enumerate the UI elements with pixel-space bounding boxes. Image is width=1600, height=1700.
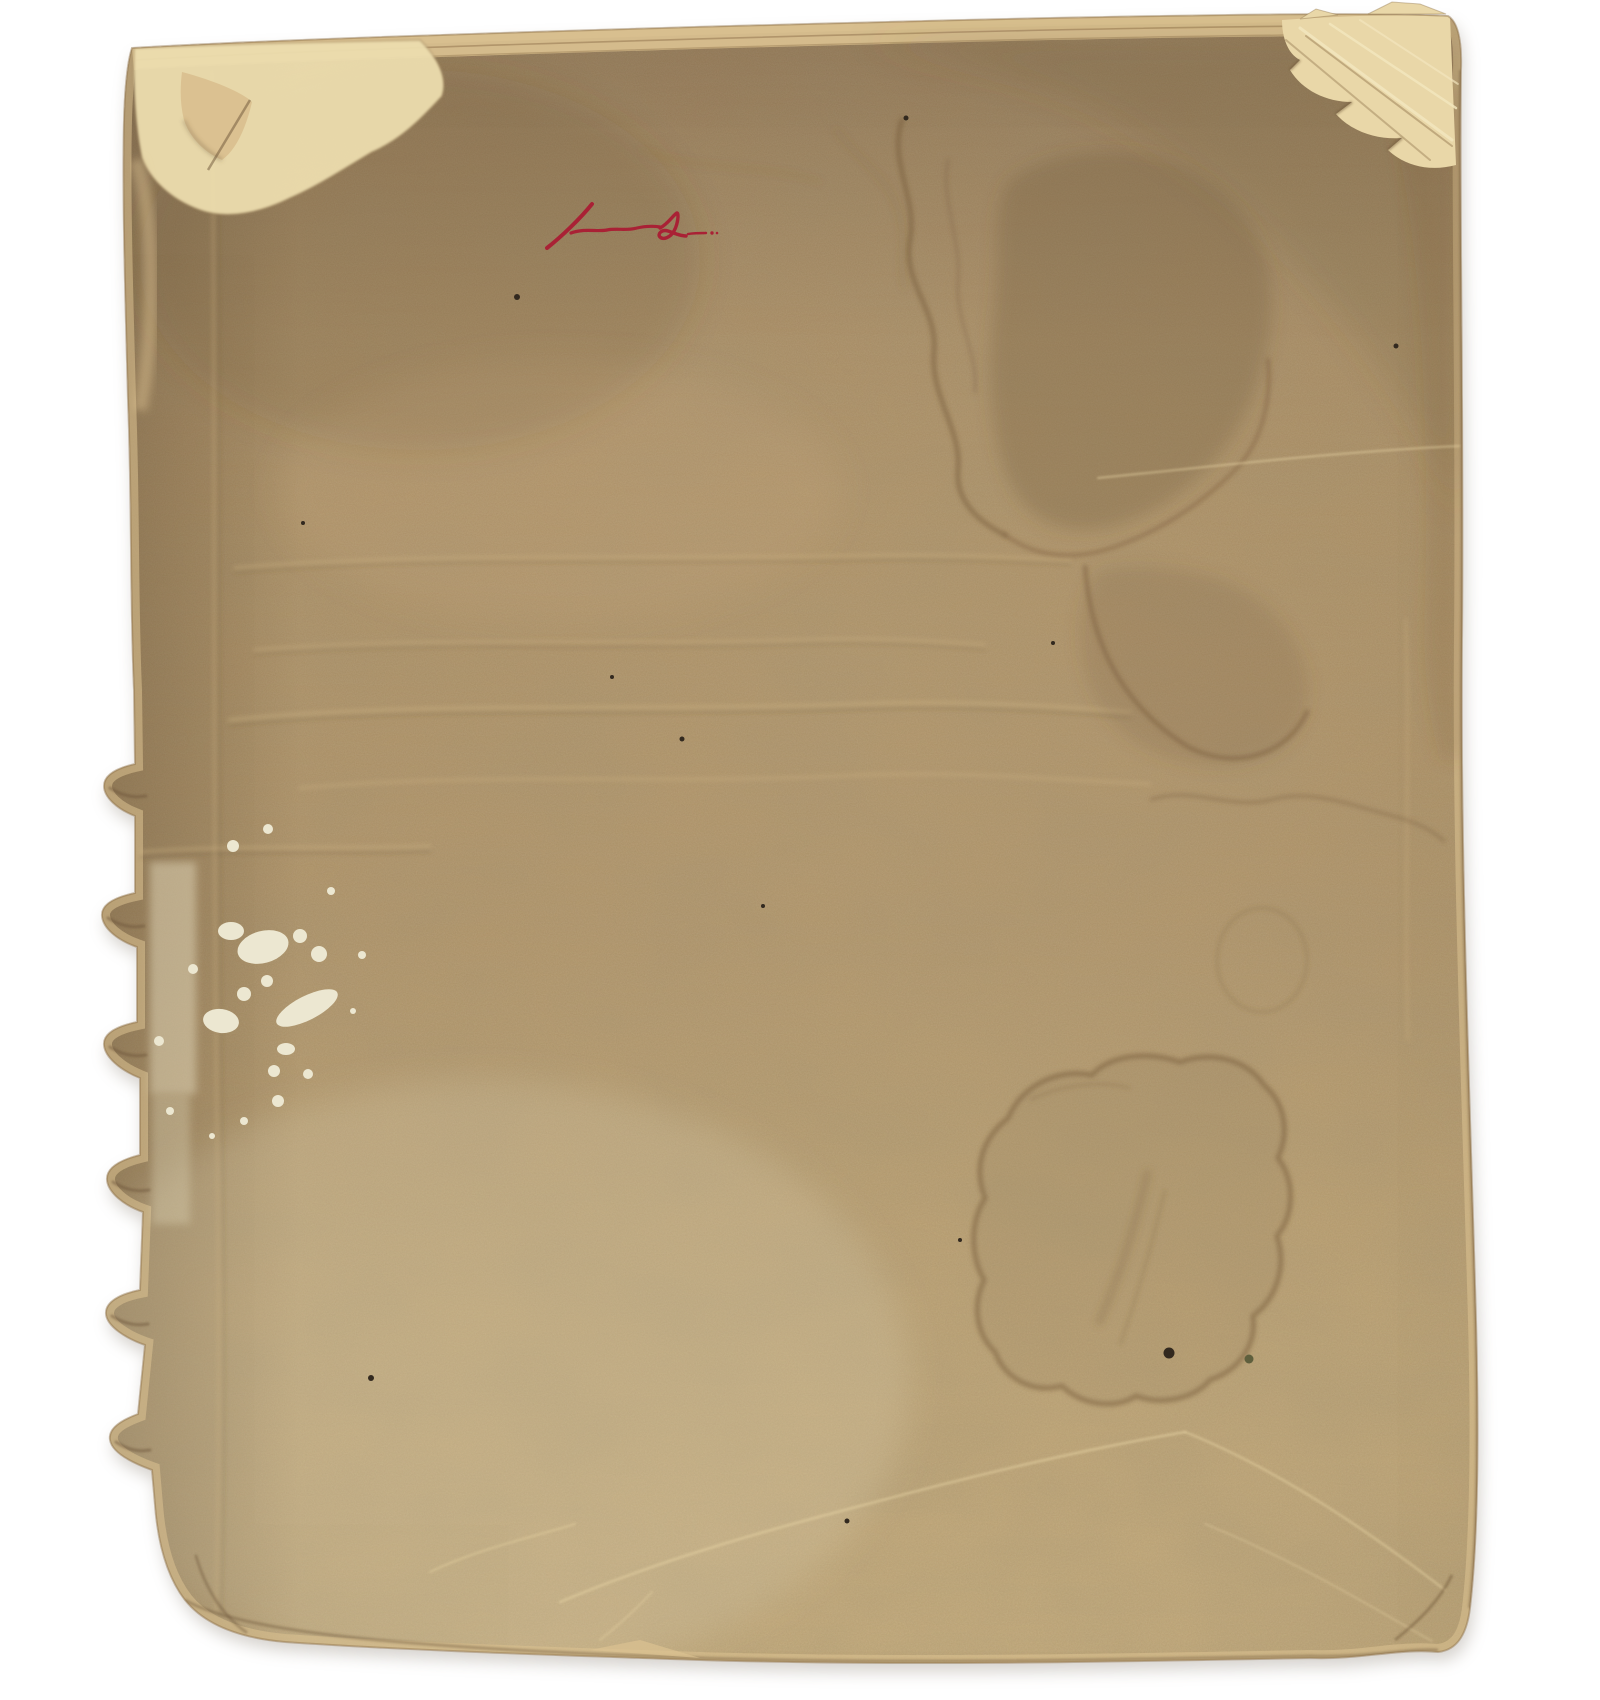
splatter-dot <box>237 987 251 1001</box>
large-speck <box>1164 1348 1175 1359</box>
splatter-drop <box>277 1043 295 1055</box>
bottom-stain-ring <box>974 1056 1291 1404</box>
splatter-dot <box>209 1133 215 1139</box>
splatter-dot <box>166 1107 174 1115</box>
speck <box>958 1238 962 1242</box>
speck <box>1394 344 1399 349</box>
speck <box>904 116 909 121</box>
splatter-dot <box>358 951 366 959</box>
speck <box>610 675 614 679</box>
mid-left-light-zone <box>280 360 840 620</box>
speck <box>1051 641 1055 645</box>
ink-dot <box>710 231 713 234</box>
book-photo-svg: Front cover of an antique book with an a… <box>0 0 1600 1700</box>
splatter-dot <box>154 1036 164 1046</box>
splatter-dot <box>350 1008 356 1014</box>
splatter-dot <box>263 824 273 834</box>
speck <box>514 294 520 300</box>
speck <box>845 1519 850 1524</box>
overhang-flap <box>1368 2 1446 14</box>
ink-dash <box>688 233 706 234</box>
book-cover-photograph: Front cover of an antique book with an a… <box>0 0 1600 1700</box>
splatter-drop <box>218 922 244 940</box>
splatter-dot <box>240 1117 248 1125</box>
speck <box>761 904 765 908</box>
speck <box>680 737 685 742</box>
splatter-dot <box>327 887 335 895</box>
splatter-dot <box>268 1065 280 1077</box>
splatter-dot <box>227 840 239 852</box>
speck <box>368 1375 374 1381</box>
speck <box>301 521 305 525</box>
splatter-dot <box>311 946 327 962</box>
pale-band <box>150 862 196 1094</box>
splatter-dot <box>272 1095 284 1107</box>
splatter-dot <box>188 964 198 974</box>
splatter-dot <box>293 929 307 943</box>
olive-speck <box>1245 1355 1254 1364</box>
splatter-dot <box>303 1069 313 1079</box>
book-cover <box>50 0 1490 1700</box>
splatter-dot <box>261 975 273 987</box>
ink-dot <box>716 232 719 235</box>
